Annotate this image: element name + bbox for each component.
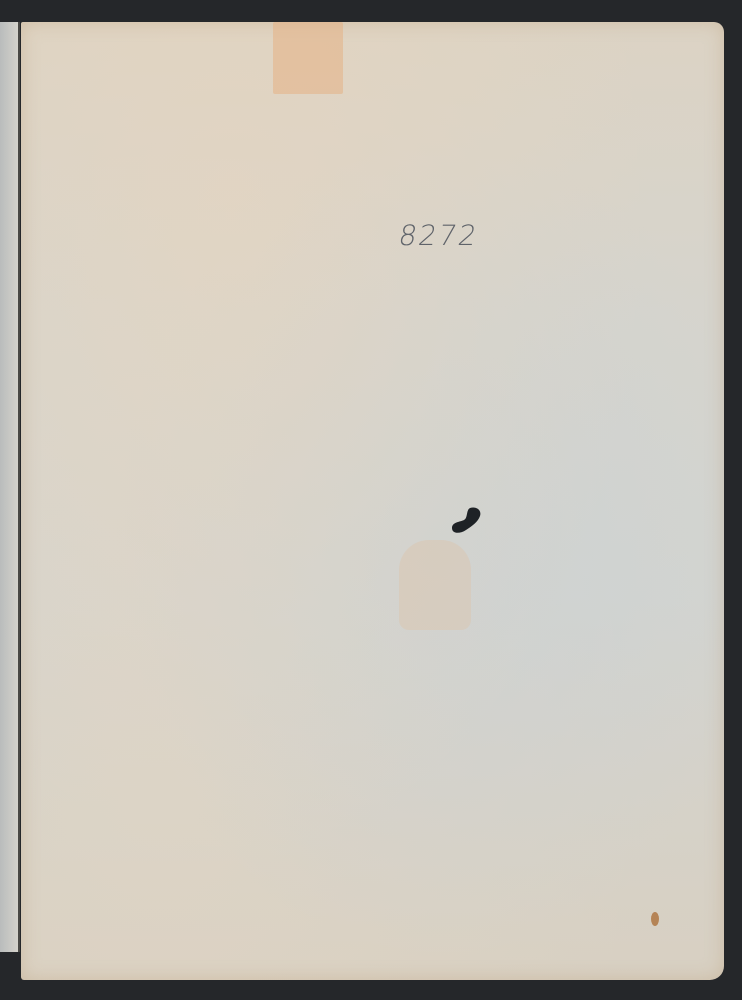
- ink-blot-icon: [448, 502, 488, 542]
- paper-stain-middle: [399, 540, 471, 630]
- paper-stain-top: [273, 22, 343, 94]
- manuscript-page: 8272: [21, 22, 724, 980]
- foxing-spot: [651, 912, 659, 926]
- adjacent-page-edge: [0, 22, 20, 952]
- shelfmark-number: 8272: [396, 219, 481, 252]
